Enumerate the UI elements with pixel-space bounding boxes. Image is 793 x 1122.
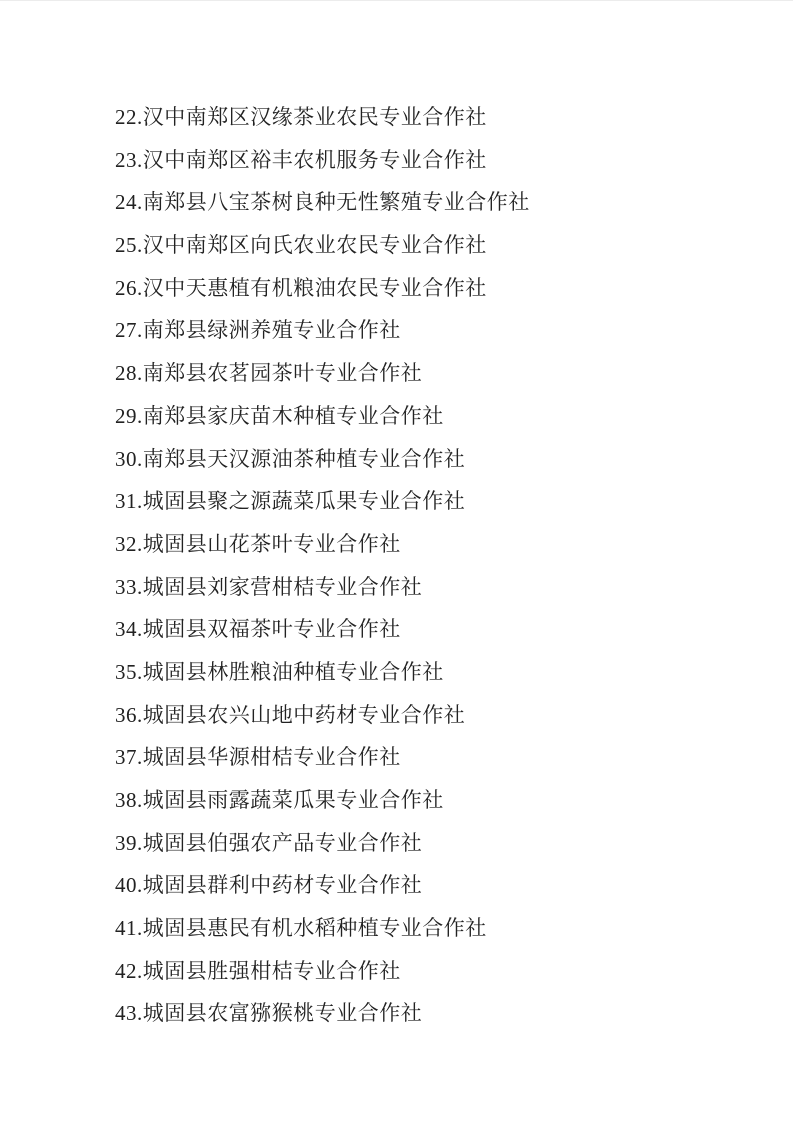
list-line: 35.城固县林胜粮油种植专业合作社 xyxy=(115,651,763,694)
list-line: 43.城固县农富猕猴桃专业合作社 xyxy=(115,992,763,1035)
list-line: 34.城固县双福茶叶专业合作社 xyxy=(115,608,763,651)
list-line: 36.城固县农兴山地中药材专业合作社 xyxy=(115,694,763,737)
list-line: 39.城固县伯强农产品专业合作社 xyxy=(115,822,763,865)
list-line: 31.城固县聚之源蔬菜瓜果专业合作社 xyxy=(115,480,763,523)
list-line: 33.城固县刘家营柑桔专业合作社 xyxy=(115,566,763,609)
list-line: 23.汉中南郑区裕丰农机服务专业合作社 xyxy=(115,139,763,182)
document-page: 22.汉中南郑区汉缘茶业农民专业合作社23.汉中南郑区裕丰农机服务专业合作社24… xyxy=(0,0,793,1122)
list-line: 41.城固县惠民有机水稻种植专业合作社 xyxy=(115,907,763,950)
list-line: 40.城固县群利中药材专业合作社 xyxy=(115,864,763,907)
list-line: 26.汉中天惠植有机粮油农民专业合作社 xyxy=(115,267,763,310)
list-line: 22.汉中南郑区汉缘茶业农民专业合作社 xyxy=(115,96,763,139)
list-line: 24.南郑县八宝茶树良种无性繁殖专业合作社 xyxy=(115,181,763,224)
list-line: 42.城固县胜强柑桔专业合作社 xyxy=(115,950,763,993)
list-line: 29.南郑县家庆苗木种植专业合作社 xyxy=(115,395,763,438)
list-line: 32.城固县山花茶叶专业合作社 xyxy=(115,523,763,566)
list-line: 37.城固县华源柑桔专业合作社 xyxy=(115,736,763,779)
list-line: 38.城固县雨露蔬菜瓜果专业合作社 xyxy=(115,779,763,822)
list-line: 28.南郑县农茗园茶叶专业合作社 xyxy=(115,352,763,395)
list-line: 25.汉中南郑区向氏农业农民专业合作社 xyxy=(115,224,763,267)
list-line: 30.南郑县天汉源油茶种植专业合作社 xyxy=(115,438,763,481)
list-line: 27.南郑县绿洲养殖专业合作社 xyxy=(115,309,763,352)
cooperative-list: 22.汉中南郑区汉缘茶业农民专业合作社23.汉中南郑区裕丰农机服务专业合作社24… xyxy=(115,96,763,1035)
